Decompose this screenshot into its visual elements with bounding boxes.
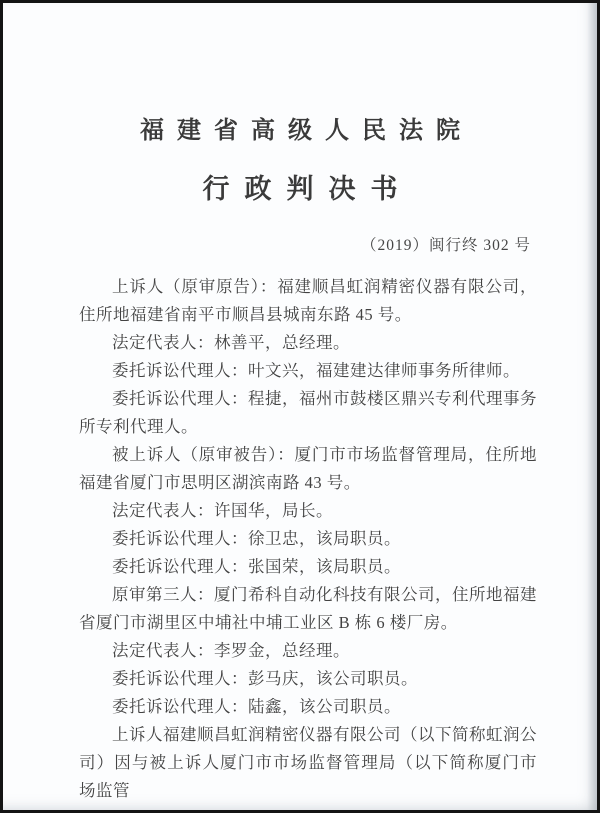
paragraph: 上诉人（原审原告）：福建顺昌虹润精密仪器有限公司，住所地福建省南平市顺昌县城南东… (79, 273, 537, 329)
paragraph: 委托诉讼代理人：叶文兴，福建建达律师事务所律师。 (79, 357, 537, 385)
paragraph: 上诉人福建顺昌虹润精密仪器有限公司（以下简称虹润公司）因与被上诉人厦门市市场监督… (79, 721, 537, 805)
scanned-judgment-page: 福建省高级人民法院 行政判决书 （2019）闽行终 302 号 上诉人（原审原告… (0, 0, 600, 813)
paragraph: 法定代表人：李罗金，总经理。 (79, 637, 537, 665)
paragraph: 被上诉人（原审被告）：厦门市市场监督管理局，住所地福建省厦门市思明区湖滨南路 4… (79, 441, 537, 497)
paragraph: 法定代表人：许国华，局长。 (79, 497, 537, 525)
paragraph: 委托诉讼代理人：徐卫忠，该局职员。 (79, 525, 537, 553)
document-type-title: 行政判决书 (3, 145, 597, 206)
paragraph: 法定代表人：林善平，总经理。 (79, 329, 537, 357)
document-body: 上诉人（原审原告）：福建顺昌虹润精密仪器有限公司，住所地福建省南平市顺昌县城南东… (79, 273, 537, 805)
court-name: 福建省高级人民法院 (3, 3, 597, 145)
case-number: （2019）闽行终 302 号 (3, 206, 597, 255)
paragraph: 委托诉讼代理人：程捷，福州市鼓楼区鼎兴专利代理事务所专利代理人。 (79, 385, 537, 441)
paragraph: 原审第三人：厦门希科自动化科技有限公司，住所地福建省厦门市湖里区中埔社中埔工业区… (79, 581, 537, 637)
paragraph: 委托诉讼代理人：陆鑫，该公司职员。 (79, 693, 537, 721)
paragraph: 委托诉讼代理人：彭马庆，该公司职员。 (79, 665, 537, 693)
paragraph: 委托诉讼代理人：张国荣，该局职员。 (79, 553, 537, 581)
